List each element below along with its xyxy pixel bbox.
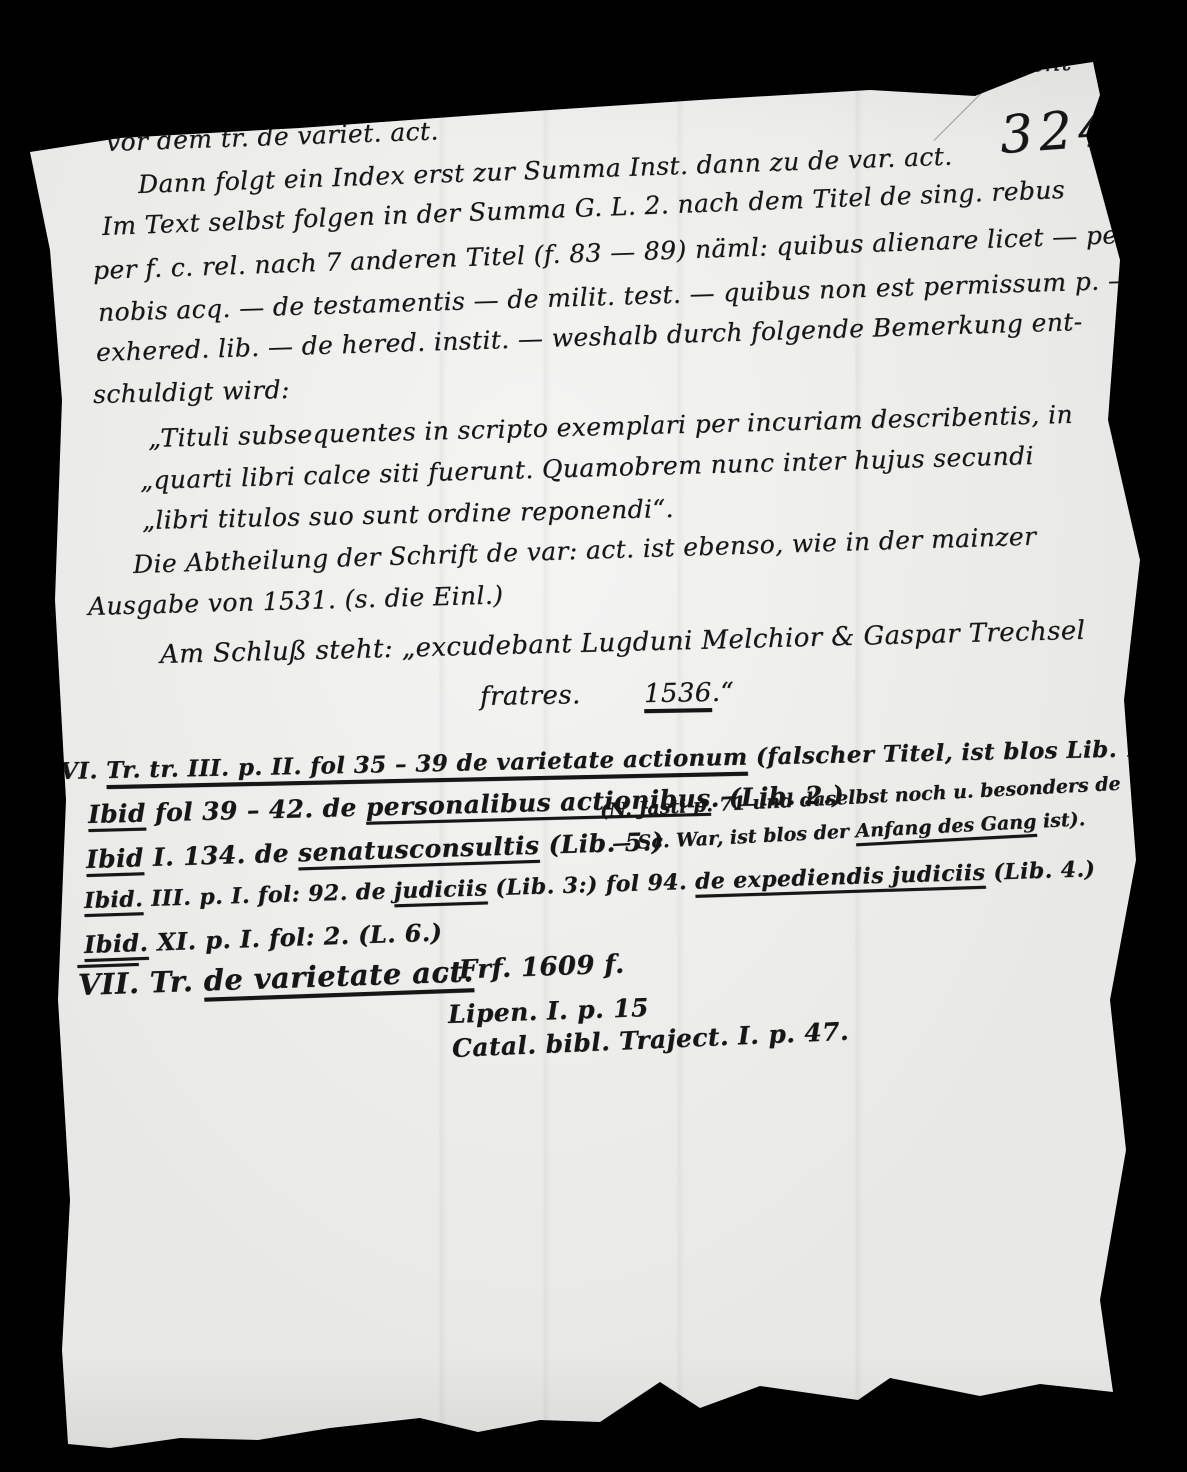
quote-line-3: „libri titulos suo sunt ordine reponendi… xyxy=(142,494,675,535)
paragraph-3-line-1: Im Text selbst folgen in der Summa G. L.… xyxy=(101,175,1065,241)
ibid-ref: Ibid xyxy=(88,798,147,829)
entry-vi-line-4-mid1: III. p. I. fol: 92. de xyxy=(143,878,395,912)
quote-line-1: „Tituli subsequentes in scripto exemplar… xyxy=(148,400,1074,453)
paragraph-3-line-3: nobis acq. — de testamentis — de milit. … xyxy=(98,264,1174,327)
paragraph-3-line-2: per f. c. rel. nach 7 anderen Titel (f. … xyxy=(92,216,1187,285)
paragraph-5-line-2: Ausgabe von 1531. (s. die Einl.) xyxy=(88,580,504,621)
entry-vii-ref-2: Lipen. I. p. 15 xyxy=(447,993,649,1029)
entry-vii-numeral: VII. xyxy=(77,966,139,1002)
entry-vi-line-2: Ibid fol 39 – 42. de personalibus action… xyxy=(88,780,845,829)
colophon-close-quote: .“ xyxy=(711,678,734,708)
colophon-fratres: fratres. xyxy=(480,680,581,712)
entry-vi-line-4-mid2: (Lib. 3:) fol 94. xyxy=(487,869,695,902)
ibid-ref: Ibid. xyxy=(83,928,148,959)
colophon-line-1: Am Schluß steht: „excudebant Lugduni Mel… xyxy=(160,616,1086,670)
entry-vi-line-2-term: personalibus actionibus xyxy=(365,784,711,822)
entry-vii-heading: VII. Tr. de varietate act. xyxy=(77,954,474,1002)
entry-vi-line-1: VI. Tr. tr. III. p. II. fol 35 – 39 de v… xyxy=(60,735,1162,785)
entry-vi-line-4: Ibid. III. p. I. fol: 92. de judiciis (L… xyxy=(84,856,1096,914)
paragraph-1-line-1: Eigentlich gehört sie nur vor die Ausgab… xyxy=(99,47,1072,115)
quote-line-2: „quarti libri calce siti fuerunt. Quamob… xyxy=(140,441,1035,495)
entry-vi-line-5: Ibid. XI. p. I. fol: 2. (L. 6.) xyxy=(83,917,442,958)
entry-vi-line-3-end: (Lib. 5.) xyxy=(539,827,664,860)
folio-number: 3. xyxy=(1046,35,1076,68)
paragraph-3-line-4: exhered. lib. — de hered. instit. — wesh… xyxy=(96,307,1083,367)
paragraph-1-line-2: vor dem tr. de variet. act. xyxy=(105,116,439,157)
marginal-note-line-2: — Sc. War, ist blos der Anfang des Gang … xyxy=(611,808,1085,855)
entry-vi-title: Tr. tr. III. p. II. fol 35 – 39 de varie… xyxy=(106,744,748,784)
entry-vii-ref-1: , Frf. 1609 f. xyxy=(439,950,624,986)
marginal-note-line-1: (N. Jasti p. 71 und daselbst noch u. bes… xyxy=(599,773,1121,822)
entry-vi-line-3-mid: I. 134. de xyxy=(143,838,298,872)
manuscript-scan: 3. 324 Eigentlich gehört sie nur vor die… xyxy=(0,0,1187,1472)
entry-vi-line-4-term1: judiciis xyxy=(394,875,488,904)
entry-vi-line-5-end: XI. p. I. fol: 2. (L. 6.) xyxy=(148,917,443,956)
paper-crease xyxy=(933,64,1010,141)
archive-number: 324 xyxy=(998,98,1119,166)
ibid-ref: Ibid. xyxy=(84,886,144,914)
entry-vi-title-note: (falscher Titel, ist blos Lib. 1.) xyxy=(747,735,1162,771)
colophon-line-2: fratres. 1536.“ xyxy=(480,678,735,712)
entry-vi-line-4-term2: de expediendis judiciis xyxy=(695,860,986,895)
marginal-note-start: — Sc. War, ist blos der xyxy=(611,820,856,855)
marginal-note-underlined: Anfang des Gang xyxy=(855,811,1037,842)
paragraph-3-line-5: schuldigt wird: xyxy=(93,375,290,409)
colophon-year: 1536 xyxy=(644,678,712,709)
entry-vii-ref-3: Catal. bibl. Traject. I. p. 47. xyxy=(451,1017,849,1063)
ibid-ref: Ibid xyxy=(86,843,145,874)
entry-vi-line-2-mid: fol 39 – 42. de xyxy=(145,793,366,828)
paragraph-5-line-1: Die Abtheilung der Schrift de var: act. … xyxy=(133,522,1037,579)
entry-vi-line-2-end: . (Lib. 2.) xyxy=(710,780,844,812)
paragraph-2-line-1: Dann folgt ein Index erst zur Summa Inst… xyxy=(137,142,952,199)
marginal-note-end: ist). xyxy=(1036,808,1086,833)
entry-vii-title: de varietate act. xyxy=(203,954,474,997)
entry-vi-line-4-end: (Lib. 4.) xyxy=(985,856,1096,885)
entry-vii-title-pre: Tr. xyxy=(149,964,204,1000)
entry-vi-line-3-term: senatusconsultis xyxy=(298,831,540,868)
entry-vi-numeral: VI. xyxy=(60,757,98,785)
entry-vi-line-3: Ibid I. 134. de senatusconsultis (Lib. 5… xyxy=(86,827,665,874)
paper-sheet: 3. 324 Eigentlich gehört sie nur vor die… xyxy=(0,0,1187,1472)
